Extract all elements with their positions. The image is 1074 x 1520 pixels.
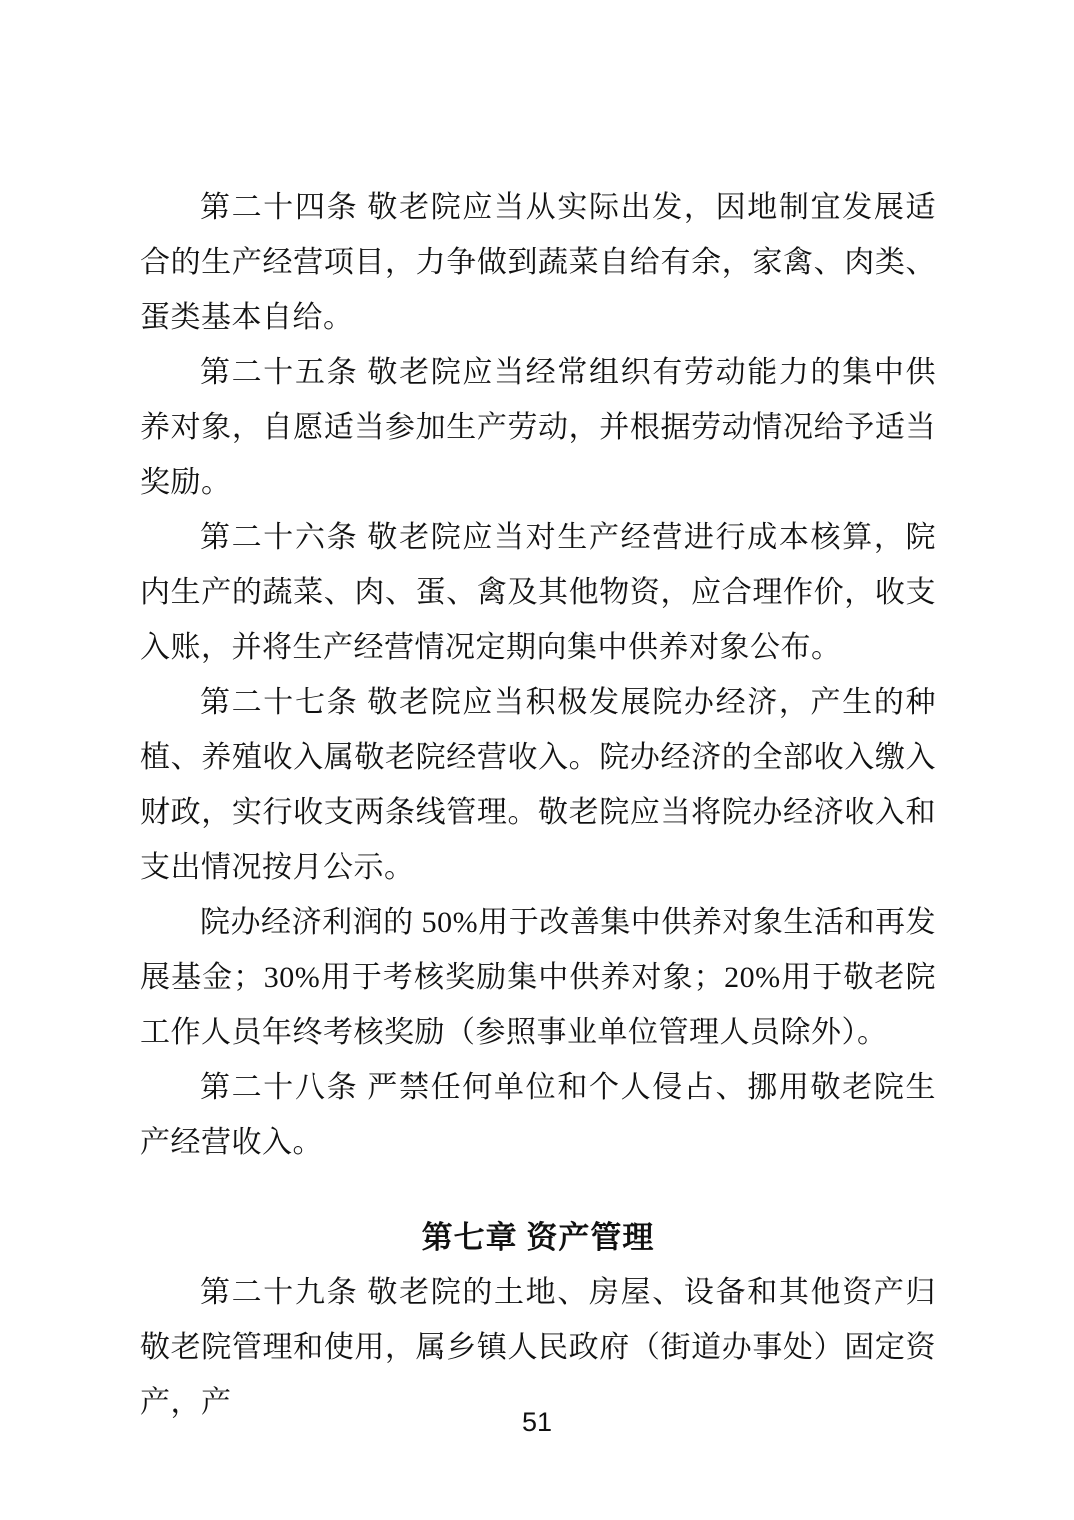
- paragraph-article-28: 第二十八条 严禁任何单位和个人侵占、挪用敬老院生产经营收入。: [140, 1060, 936, 1170]
- paragraph-profit-allocation: 院办经济利润的 50%用于改善集中供养对象生活和再发展基金；30%用于考核奖励集…: [140, 895, 936, 1060]
- paragraph-article-25: 第二十五条 敬老院应当经常组织有劳动能力的集中供养对象，自愿适当参加生产劳动，并…: [140, 345, 936, 510]
- chapter-7-heading: 第七章 资产管理: [140, 1210, 936, 1265]
- paragraph-article-27: 第二十七条 敬老院应当积极发展院办经济，产生的种植、养殖收入属敬老院经营收入。院…: [140, 675, 936, 895]
- paragraph-article-24: 第二十四条 敬老院应当从实际出发，因地制宜发展适合的生产经营项目，力争做到蔬菜自…: [140, 180, 936, 345]
- page-number: 51: [0, 1406, 1074, 1438]
- paragraph-article-26: 第二十六条 敬老院应当对生产经营进行成本核算，院内生产的蔬菜、肉、蛋、禽及其他物…: [140, 510, 936, 675]
- document-page: 第二十四条 敬老院应当从实际出发，因地制宜发展适合的生产经营项目，力争做到蔬菜自…: [0, 0, 1074, 1520]
- document-body: 第二十四条 敬老院应当从实际出发，因地制宜发展适合的生产经营项目，力争做到蔬菜自…: [140, 180, 936, 1430]
